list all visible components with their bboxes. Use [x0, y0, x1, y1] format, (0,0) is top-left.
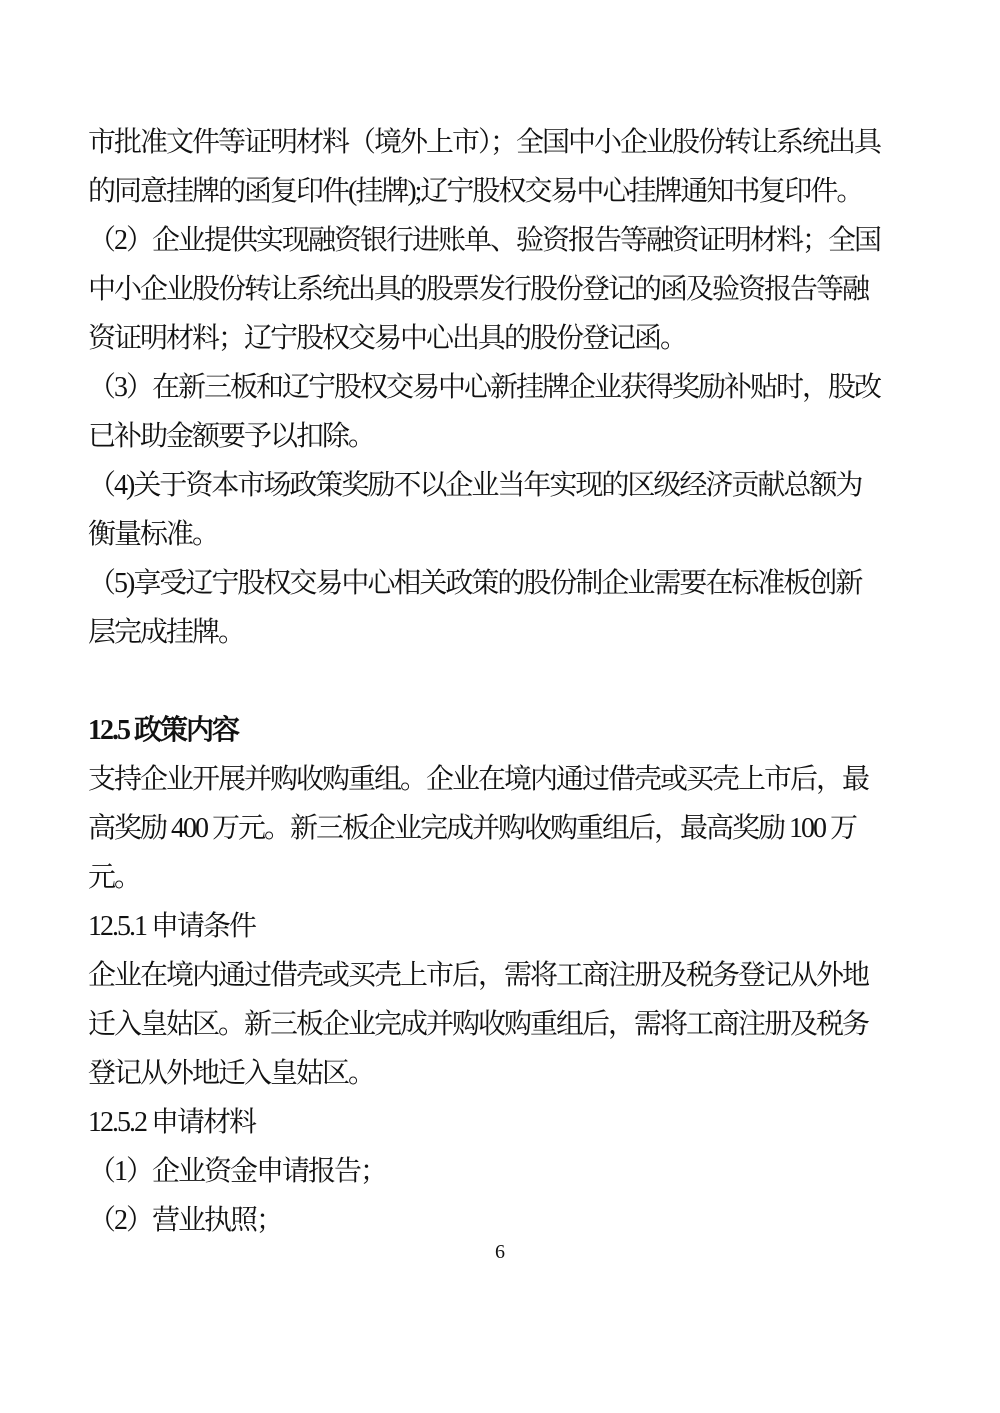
doc-text-line: 中小企业股份转让系统出具的股票发行股份登记的函及验资报告等融 — [88, 265, 910, 314]
document-body: 市批准文件等证明材料（境外上市）；全国中小企业股份转让系统出具 的同意挂牌的函复… — [88, 118, 910, 1245]
doc-text-line-item-1-materials: （1）企业资金申请报告； — [88, 1147, 910, 1196]
doc-text-line: 支持企业开展并购收购重组。企业在境内通过借壳或买壳上市后，最 — [88, 755, 910, 804]
doc-text-line-item-5: （5)享受辽宁股权交易中心相关政策的股份制企业需要在标准板创新 — [88, 559, 910, 608]
doc-text-line: 市批准文件等证明材料（境外上市）；全国中小企业股份转让系统出具 — [88, 118, 910, 167]
doc-text-line: 衡量标准。 — [88, 510, 910, 559]
doc-text-line-item-2: （2）企业提供实现融资银行进账单、验资报告等融资证明材料；全国 — [88, 216, 910, 265]
doc-text-line: 企业在境内通过借壳或买壳上市后，需将工商注册及税务登记从外地 — [88, 951, 910, 1000]
doc-text-line: 已补助金额要予以扣除。 — [88, 412, 910, 461]
doc-text-line: 资证明材料；辽宁股权交易中心出具的股份登记函。 — [88, 314, 910, 363]
doc-text-line-item-4: （4)关于资本市场政策奖励不以企业当年实现的区级经济贡献总额为 — [88, 461, 910, 510]
doc-text-line: 高奖励 400 万元。新三板企业完成并购收购重组后，最高奖励 100 万 — [88, 804, 910, 853]
doc-text-line: 层完成挂牌。 — [88, 608, 910, 657]
page-number: 6 — [0, 1238, 1000, 1266]
section-heading-12-5: 12.5 政策内容 — [88, 706, 910, 755]
subsection-heading-12-5-2: 12.5.2 申请材料 — [88, 1098, 910, 1147]
doc-text-line: 元。 — [88, 853, 910, 902]
document-page: 市批准文件等证明材料（境外上市）；全国中小企业股份转让系统出具 的同意挂牌的函复… — [0, 0, 1000, 1413]
doc-text-line: 登记从外地迁入皇姑区。 — [88, 1049, 910, 1098]
subsection-heading-12-5-1: 12.5.1 申请条件 — [88, 902, 910, 951]
doc-text-line: 的同意挂牌的函复印件(挂牌);辽宁股权交易中心挂牌通知书复印件。 — [88, 167, 910, 216]
doc-text-line: 迁入皇姑区。新三板企业完成并购收购重组后，需将工商注册及税务 — [88, 1000, 910, 1049]
doc-text-line-item-3: （3）在新三板和辽宁股权交易中心新挂牌企业获得奖励补贴时，股改 — [88, 363, 910, 412]
